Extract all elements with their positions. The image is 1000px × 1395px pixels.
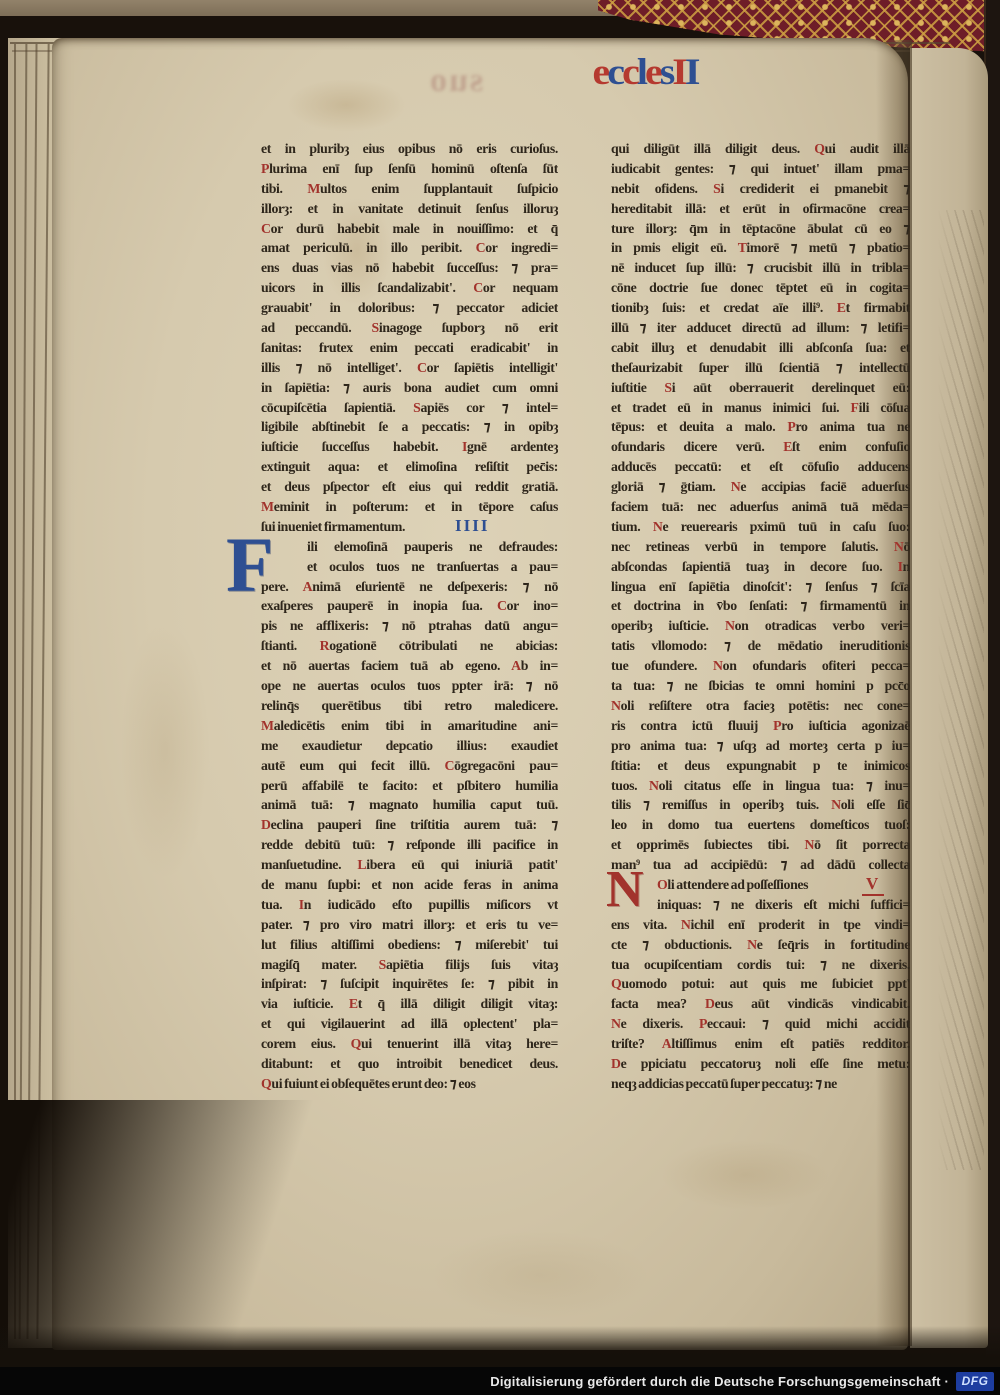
text-line: pater. ⁊ pro viro matri illorȝ: et eris … <box>261 915 558 935</box>
text-line: via iuſticie. Et q̄ illā diligit diligit… <box>261 994 558 1014</box>
text-line: Cor durū habebit male in nouiſſimo: et q… <box>261 219 558 239</box>
text-line: ofundaris dicere verū. Eſt enim confuſio <box>611 437 910 457</box>
text-line: Declina pauperi ſine triſtitia aurem tuā… <box>261 815 558 835</box>
running-title-letter: c <box>622 52 637 92</box>
text-line: inſpirat: ⁊ ſuſcipit inquirētes ſe: ⁊ pi… <box>261 974 558 994</box>
next-leaf-print-showthrough <box>938 210 984 1170</box>
chapter-numeral-iiii: IIII <box>455 516 489 536</box>
running-title: ecclesII <box>500 50 790 94</box>
text-line: tilis ⁊ remiſſus in operibȝ tuis. Noli e… <box>611 795 910 815</box>
text-line: illorȝ: et in vanitate detinuit ſenſus i… <box>261 199 558 219</box>
text-line: tionibȝ ſuis: et credat aīe illi⁹. Et fi… <box>611 298 910 318</box>
text-line: theſaurizabit ſuper illū ſcientiā ⁊ inte… <box>611 358 910 378</box>
text-line: qui diligūt illā diligit deus. Qui audit… <box>611 139 910 159</box>
text-line: ris contra ictū fluuij Pro iuſticia agon… <box>611 716 910 736</box>
text-line: ſtianti. Rogationē cōtribulati ne abicia… <box>261 636 558 656</box>
running-title-letter: I <box>672 52 685 92</box>
text-line: Quomodo potui: aut quis me ſubiciet ppt' <box>611 974 910 994</box>
text-line: lingua enī ſapiētia dinoſcit': ⁊ ſenſus … <box>611 577 910 597</box>
text-column-right: qui diligūt illā diligit deus. Qui audit… <box>611 139 910 1094</box>
text-line: ture illorȝ: q̄m in tēptacōne ābulat cū … <box>611 219 910 239</box>
text-line: leo in domo tua euertens domeſticos tuoſ… <box>611 815 910 835</box>
text-column-left: et in pluribȝ eius opibus nō eris curioſ… <box>261 139 558 1094</box>
text-line: uicors in illis ſcandalizabit'. Cor nequ… <box>261 278 558 298</box>
running-title-letter: I <box>685 52 698 92</box>
text-line: neqȝ addicias peccatū ſuper peccatuȝ: ⁊ … <box>611 1074 910 1094</box>
text-line: Noli reſiſtere otra facieȝ potētis: nec … <box>611 696 910 716</box>
text-line: cabit illuȝ et denudabit illi abſconſa ſ… <box>611 338 910 358</box>
text-line: iniquas: ⁊ ne dixeris eſt michi ſuffici= <box>611 895 910 915</box>
text-line: manſuetudine. Libera eū qui iniuriā pati… <box>261 855 558 875</box>
text-line: corem eius. Qui tenuerint illā vitaȝ her… <box>261 1034 558 1054</box>
text-line: grauabit' in doloribus: ⁊ peccator adici… <box>261 298 558 318</box>
text-line: nē inducet ſup illū: ⁊ crucisbit illū in… <box>611 258 910 278</box>
text-line: cte ⁊ obductionis. Ne ſeq̄ris in fortitu… <box>611 935 910 955</box>
running-title-letter: l <box>637 52 645 92</box>
text-line: tatis vllomodo: ⁊ de mēdatio inerudition… <box>611 636 910 656</box>
text-line: et opprimēs ſubiectes tibi. Nō ſit porre… <box>611 835 910 855</box>
text-line: in pmis eligit eū. Timorē ⁊ metū ⁊ pbati… <box>611 238 910 258</box>
text-line: ligibile abſtinebit ſe a peccatis: ⁊ in … <box>261 417 558 437</box>
text-line: iuſtitie Si aūt oberrauerit derelinquet … <box>611 378 910 398</box>
text-line: Plurima enī ſup ſenſū hominū oſtenſa ſūt <box>261 159 558 179</box>
text-line: Maledicētis enim tibi in amaritudine ani… <box>261 716 558 736</box>
text-line: nebit ofidens. Si crediderit ei pmanebit… <box>611 179 910 199</box>
text-line: adducēs peccatū: et eſt cōfuſio adducens <box>611 457 910 477</box>
illuminated-initial-f: F <box>226 526 274 604</box>
text-line: faciem tuā: nec aduerſus animā tuā mēda= <box>611 497 910 517</box>
photo-right-edge <box>986 0 1000 1367</box>
text-line: lut filius altiſſimi obediens: ⁊ miſereb… <box>261 935 558 955</box>
running-title-letter: s <box>660 52 673 92</box>
text-line: Ne dixeris. Peccaui: ⁊ quid michi accidi… <box>611 1014 910 1034</box>
text-line: De ppiciatu peccatoruȝ noli eſſe ſine me… <box>611 1054 910 1074</box>
text-line: Qui fuiunt ei obſequētes erunt deo: ⁊ eo… <box>261 1074 558 1094</box>
text-line: ſtitia: et deus expungnabit p te inimico… <box>611 756 910 776</box>
text-line: tua. In iudicādo eſto pupillis miſicors … <box>261 895 558 915</box>
running-title-letter: e <box>593 52 608 92</box>
text-line: gloriā ⁊ ḡtiam. Ne accipias faciē aduerſ… <box>611 477 910 497</box>
text-line: abſcondas ſapientiā tuaȝ in decore ſuo. … <box>611 557 910 577</box>
text-line: tue ofundere. Non ofundaris ofiteri pecc… <box>611 656 910 676</box>
text-line: pis ne afflixeris: ⁊ nō ptrahas datū ang… <box>261 616 558 636</box>
text-line: ens duas vias nō habebit ſucceſſus: ⁊ pr… <box>261 258 558 278</box>
text-line: ope ne auertas oculos tuos ppter irā: ⁊ … <box>261 676 558 696</box>
text-line: pere. Animā eſurientē ne deſpexeris: ⁊ n… <box>261 577 558 597</box>
text-line: relinq̄s querētibus tibi retro maledicer… <box>261 696 558 716</box>
text-line: triſte? Altiſſimus enim eſt patiēs reddi… <box>611 1034 910 1054</box>
text-line: cōne doctrie ſue donec tēptet eū in cogi… <box>611 278 910 298</box>
text-line: exaſperes pauperē in inopia ſua. Cor ino… <box>261 596 558 616</box>
running-title-letter: c <box>607 52 622 92</box>
text-line: amat periculū. in illo peribit. Cor ingr… <box>261 238 558 258</box>
text-line: man⁹ tua ad accipiēdū: ⁊ ad dādū collect… <box>611 855 910 875</box>
text-line: de manu ſupbi: et non acide feras in ani… <box>261 875 558 895</box>
text-line: tium. Ne reuerearis pximū tuū in caſu ſu… <box>611 517 910 537</box>
running-title-letter: e <box>645 52 660 92</box>
text-line: ſui inueniet firmamentum. <box>261 517 558 537</box>
text-line: tibi. Multos enim ſupplantauit ſuſpicio <box>261 179 558 199</box>
digitization-credit-text: Digitalisierung gefördert durch die Deut… <box>490 1374 949 1389</box>
text-line: ili elemoſinā pauperis ne defraudes: <box>261 537 558 557</box>
text-line: perū affabilē te facito: et pſbitero hum… <box>261 776 558 796</box>
text-line: facta mea? Deus aūt vindicās vindicabit. <box>611 994 910 1014</box>
text-line: ta tua: ⁊ ne ſbicias te omni homini p pc… <box>611 676 910 696</box>
text-line: tua ocupiſcentiam cordis tui: ⁊ ne dixer… <box>611 955 910 975</box>
text-line: et nō auertas faciem tuā ab egeno. Ab in… <box>261 656 558 676</box>
text-line: nec retineas verbū in tempore ſalutis. N… <box>611 537 910 557</box>
text-line: tuos. Noli citatus eſſe in lingua tua: ⁊… <box>611 776 910 796</box>
text-line: illū ⁊ iter adducet directū ad illum: ⁊ … <box>611 318 910 338</box>
text-line: pro anima tua: ⁊ uſqȝ ad morteȝ certa p … <box>611 736 910 756</box>
chapter-numeral-v: V <box>862 874 884 896</box>
manuscript-photo: suo ecclesII et in pluribȝ eius opibus n… <box>0 0 1000 1395</box>
text-line: ens vita. Nichil enī proderit in tpe vin… <box>611 915 910 935</box>
text-line: et tradet eū in manus inimici ſui. Fili … <box>611 398 910 418</box>
dfg-logo: DFG <box>956 1372 994 1391</box>
text-line: ad peccandū. Sinagoge ſupborȝ nō erit <box>261 318 558 338</box>
text-line: hereditabit illā: et erūt in ofirmacōne … <box>611 199 910 219</box>
text-line: illis ⁊ nō intelliget'. Cor ſapiētis int… <box>261 358 558 378</box>
text-line: et qui vigilauerint ad illā oplectent' p… <box>261 1014 558 1034</box>
text-line: iudicabit gentes: ⁊ qui intuet' illam pm… <box>611 159 910 179</box>
text-line: iuſticie ſucceſſus habebit. Ignē ardente… <box>261 437 558 457</box>
text-line: tēpus: et deuita a malo. Pro anima tua n… <box>611 417 910 437</box>
illuminated-initial-n: N <box>606 864 644 916</box>
text-line: ditabunt: et quo introibit benedicet deu… <box>261 1054 558 1074</box>
text-line: et deus pſpector eſt eius qui reddit gra… <box>261 477 558 497</box>
text-line: in ſapiētia: ⁊ auris bona audiet cum omn… <box>261 378 558 398</box>
text-line: redde debitū tuū: ⁊ reſponde illi pacifi… <box>261 835 558 855</box>
text-line: ſanitas: frutex enim peccati eradicabit'… <box>261 338 558 358</box>
bleedthrough-header-text: suo <box>428 62 483 100</box>
text-line: autē eum qui fecit illū. Cōgregacōni pau… <box>261 756 558 776</box>
text-line: me exaudietur depcatio illius: exaudiet <box>261 736 558 756</box>
text-line: animā tuā: ⁊ magnato humilia caput tuū. <box>261 795 558 815</box>
digitization-credit-bar: Digitalisierung gefördert durch die Deut… <box>0 1367 1000 1395</box>
text-line: et in pluribȝ eius opibus nō eris curioſ… <box>261 139 558 159</box>
text-line: cōcupiſcētia ſapientiā. Sapiēs cor ⁊ int… <box>261 398 558 418</box>
text-line: extinguit aqua: et elimoſina reſiſtit pe… <box>261 457 558 477</box>
text-line: magiſq̄ mater. Sapiētia filijs ſuis vita… <box>261 955 558 975</box>
text-line: operibȝ iuſticie. Non otradicas verbo ve… <box>611 616 910 636</box>
text-line: Meminit in poſterum: et in tēpore caſus <box>261 497 558 517</box>
photo-shadow-bottom <box>0 1326 1000 1367</box>
text-line: et oculos tuos ne tranſuertas a pau= <box>261 557 558 577</box>
text-line: et doctrina in v̄bo ſenſati: ⁊ firmament… <box>611 596 910 616</box>
